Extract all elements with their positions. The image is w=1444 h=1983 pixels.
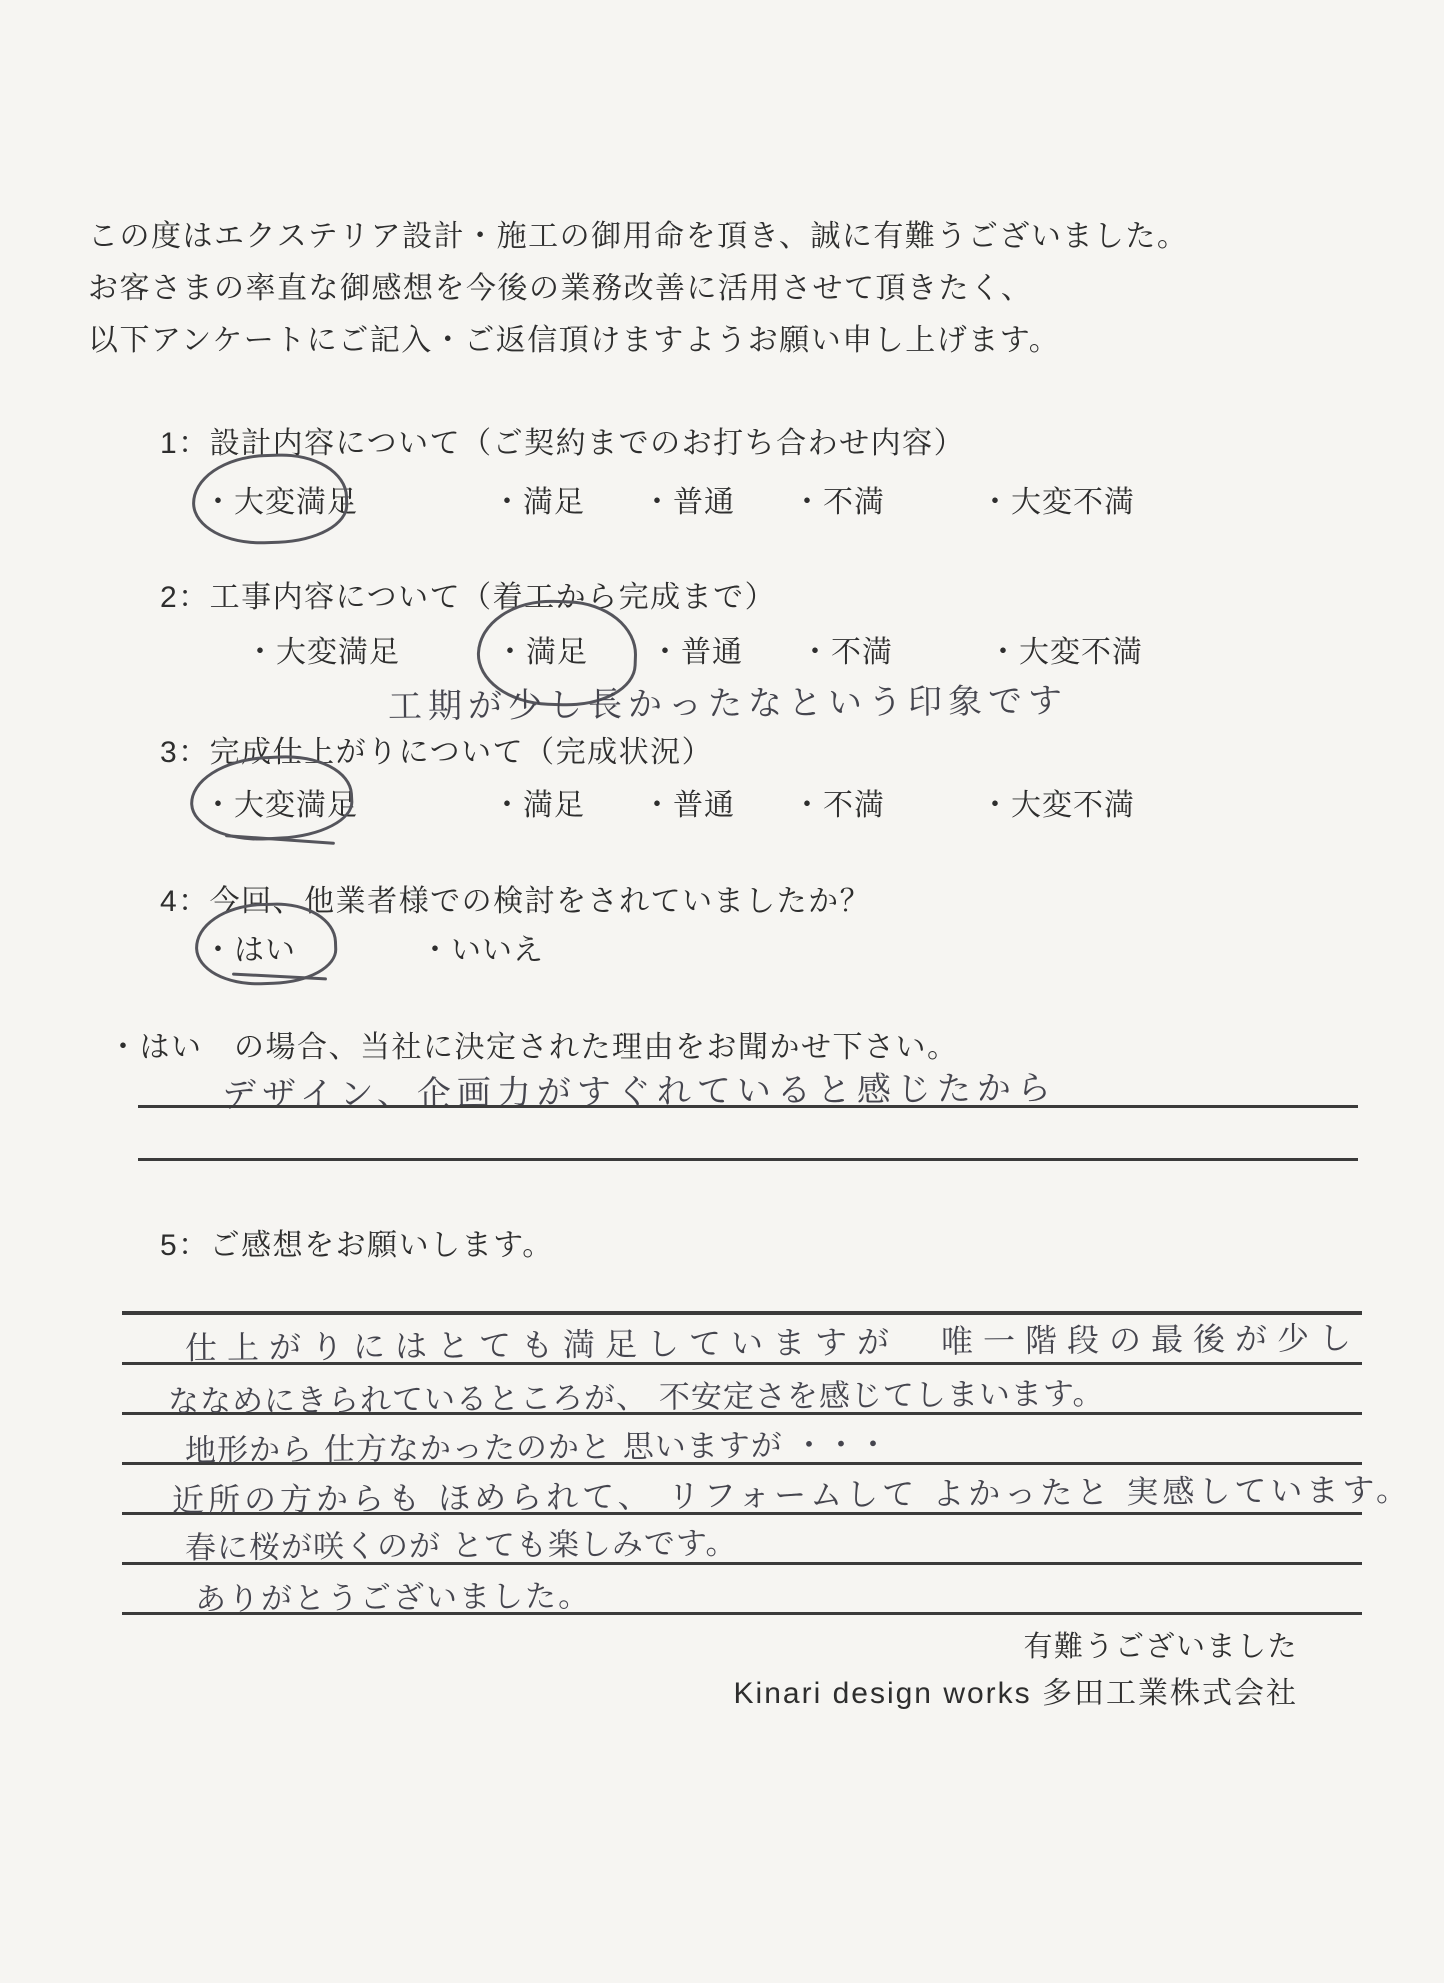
q1-option-very-dissatisfied: ・大変不満 (980, 477, 1135, 521)
q3-option-satisfied: ・満足 (492, 780, 585, 824)
q1-option-dissatisfied: ・不満 (792, 477, 885, 521)
q1-selection-circle (190, 451, 349, 546)
survey-document: この度はエクステリア設計・施工の御用命を頂き、誠に有難うございました。 お客さま… (0, 0, 1444, 1983)
question-5-title: 5：ご感想をお願いします。 (160, 1220, 554, 1264)
reason-answer-handwriting: デザイン、企画力がすぐれていると感じたから (222, 1060, 1057, 1116)
question-2-title: 2：工事内容について（着工から完成まで） (160, 572, 776, 616)
reason-answer-rule-1 (138, 1105, 1358, 1108)
q2-option-very-satisfied: ・大変満足 (245, 627, 400, 671)
reason-prompt: ・はい の場合、当社に決定された理由をお聞かせ下さい。 (108, 1022, 959, 1066)
footer-company-name: Kinari design works 多田工業株式会社 (734, 1668, 1298, 1712)
feedback-handwriting-line-1: 仕上がりにはとても満足していますが 唯一階段の最後が少し (185, 1313, 1361, 1369)
intro-line-3: 以下アンケートにご記入・ご返信頂けますようお願い申し上げます。 (88, 326, 1060, 356)
reason-answer-rule-2 (138, 1158, 1358, 1161)
q2-option-very-dissatisfied: ・大変不満 (988, 627, 1143, 671)
footer-thanks: 有難うございました (1023, 1624, 1298, 1665)
q2-option-dissatisfied: ・不満 (800, 627, 893, 671)
feedback-handwriting-line-5: 春に桜が咲くのが とても楽しみです。 (185, 1518, 738, 1568)
q2-note-handwriting: 工期が少し長かったなという印象です (388, 673, 1068, 728)
feedback-handwriting-line-3: 地形から 仕方なかったのかと 思いますが ・・・ (185, 1419, 890, 1470)
q3-option-very-dissatisfied: ・大変不満 (980, 780, 1135, 824)
q2-option-neutral: ・普通 (650, 627, 743, 671)
intro-line-2: お客さまの率直な御感想を今後の業務改善に活用させて頂きたく、 (88, 274, 1032, 304)
q1-option-satisfied: ・満足 (492, 477, 585, 521)
feedback-handwriting-line-6: ありがとうございました。 (195, 1570, 591, 1618)
q1-option-neutral: ・普通 (642, 477, 735, 521)
intro-line-1: この度はエクステリア設計・施工の御用命を頂き、誠に有難うございました。 (88, 222, 1188, 252)
q3-option-neutral: ・普通 (642, 780, 735, 824)
q3-option-dissatisfied: ・不満 (792, 780, 885, 824)
feedback-handwriting-line-2: ななめにきられているところが、 不安定さを感じてしまいます。 (168, 1368, 1105, 1421)
q4-option-no: ・いいえ (420, 925, 544, 969)
